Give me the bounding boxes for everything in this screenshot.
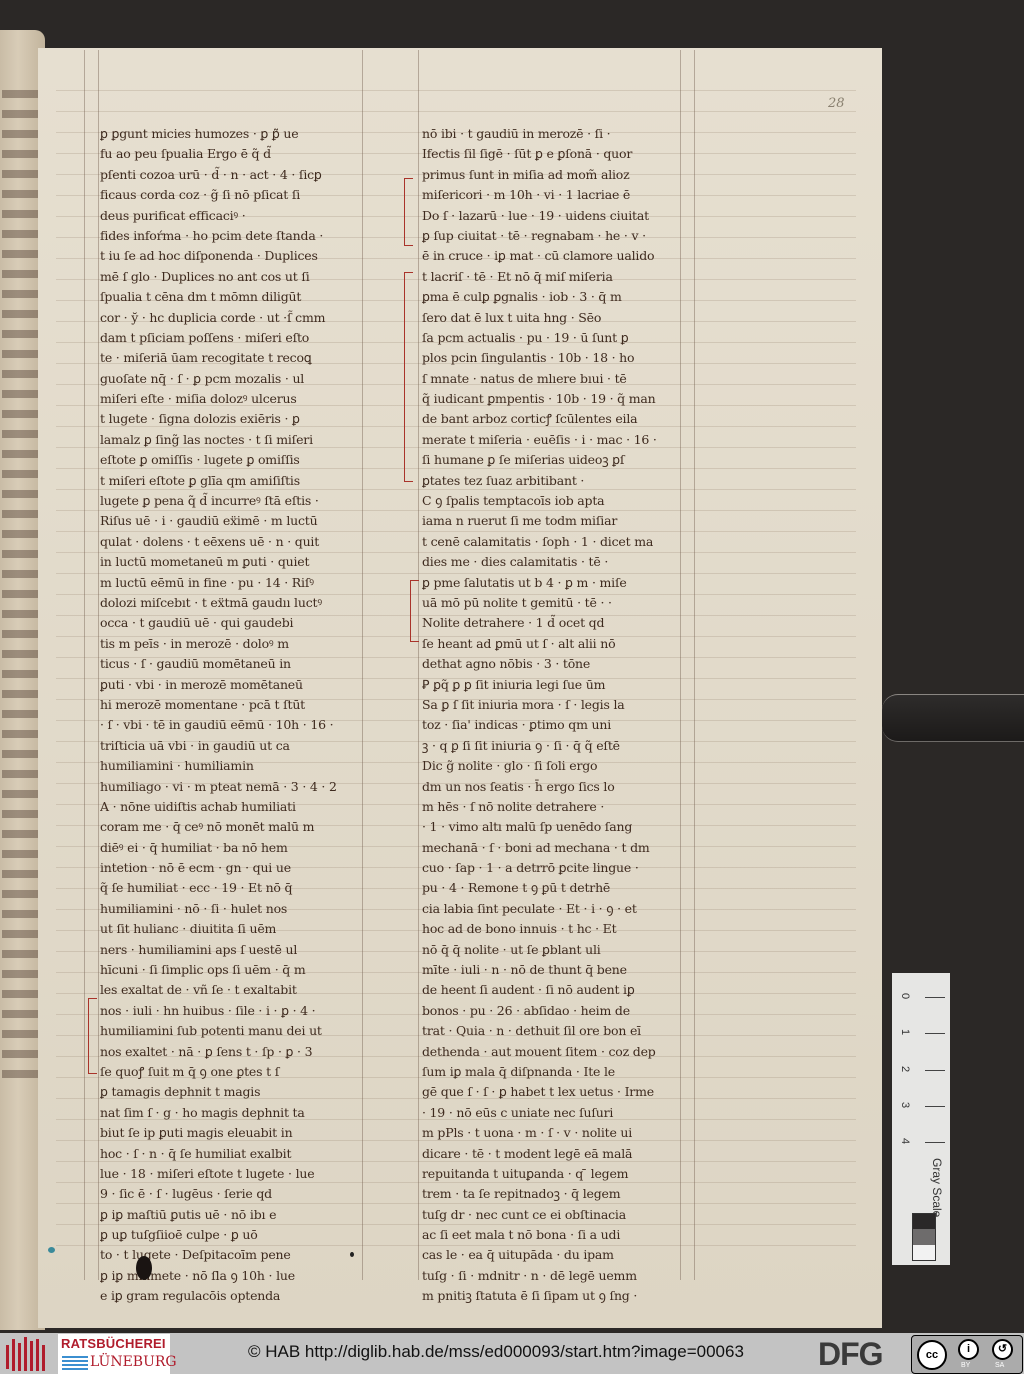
manuscript-line: humiliamini ſub potenti manu dei ut bbox=[100, 1021, 370, 1041]
manuscript-line: ſ mnate · natus de mlıere bıui · tē bbox=[422, 369, 684, 389]
manuscript-line: ficaus corda coz · g̃ ſi nō pſicat ſi bbox=[100, 185, 370, 205]
manuscript-line: ꝑ ſup ciuitat · tē · regnabam · he · v · bbox=[422, 226, 684, 246]
manuscript-line: ꝑ pme ſalutatis ut b 4 · ꝑ m · miſe bbox=[422, 573, 684, 593]
manuscript-line: biut ſe ip ꝑuti magis eleuabit in bbox=[100, 1123, 370, 1143]
manuscript-line: les exaltat de · vñ ſe · t exaltabit bbox=[100, 980, 370, 1000]
manuscript-line: Sa ꝑ ſ ſit iniuria mora · ſ · legis la bbox=[422, 695, 684, 715]
manuscript-line: tis m peīs · in merozē · doloꝰ m bbox=[100, 634, 370, 654]
by-label: BY bbox=[961, 1362, 970, 1369]
manuscript-line: tuſg · ſi · mdnitr · n · dē legē uemm bbox=[422, 1266, 684, 1286]
manuscript-line: ners · humiliamini aps ſ uestē ul bbox=[100, 940, 370, 960]
attribution-icon: i bbox=[958, 1339, 979, 1360]
manuscript-line: gē que ſ · ſ · ꝑ habet t lex uetus · Irm… bbox=[422, 1082, 684, 1102]
ink-speck bbox=[350, 1252, 354, 1257]
ruler-tick-4: 4 bbox=[899, 1138, 911, 1144]
manuscript-line: ſa pcm actualis · pu · 19 · ū ſunt ꝑ bbox=[422, 328, 684, 348]
manuscript-line: cuo · ſap · 1 · a detrrō ꝑcite lingue · bbox=[422, 858, 684, 878]
margin-rule bbox=[418, 50, 419, 1280]
manuscript-line: ut ſit hulianc · diuitita ſi uēm bbox=[100, 919, 370, 939]
manuscript-line: nō ibi · t gaudiū in merozē · ſi · bbox=[422, 124, 684, 144]
manuscript-scan: 28 ꝑ ꝑgunt micies humozes · ꝑ ꝑ̃ uefu ao… bbox=[0, 0, 1024, 1333]
manuscript-line: bonos · pu · 26 · abſidao · heim de bbox=[422, 1001, 684, 1021]
manuscript-line: occa · t gaudiū uē · qui gaudebi bbox=[100, 613, 370, 633]
manuscript-line: Nolite detrahere · 1 d̃ ocet qd bbox=[422, 613, 684, 633]
ruler-tick-0: 0 bbox=[899, 993, 911, 999]
rubric-bracket bbox=[410, 580, 419, 642]
manuscript-line: triſticia uā vbi · in gaudiū ut ca bbox=[100, 736, 370, 756]
manuscript-line: humiliago · vi · m pteat nemā · 3 · 4 · … bbox=[100, 777, 370, 797]
manuscript-line: deus purificat efficaciꝰ · bbox=[100, 206, 370, 226]
manuscript-line: intetion · nō ē ecm · gn · qui ue bbox=[100, 858, 370, 878]
manuscript-line: primus ſunt in miſia ad mom̃ alioz bbox=[422, 165, 684, 185]
manuscript-line: · 19 · nō eūs c uniate nec ſuſuri bbox=[422, 1103, 684, 1123]
manuscript-line: lugete ꝑ pena q̃ d̃ incurreꝰ ſtā eſtis · bbox=[100, 491, 370, 511]
manuscript-line: lamalz ꝑ ſing̃ las noctes · t ſi miſeri bbox=[100, 430, 370, 450]
manuscript-line: t cenē calamitatis · ſoph · 1 · dicet ma bbox=[422, 532, 684, 552]
footer-bar: RATSBÜCHEREI LÜNEBURG © HAB http://digli… bbox=[0, 1333, 1024, 1374]
manuscript-line: ticus · ſ · gaudiū momētaneū in bbox=[100, 654, 370, 674]
manuscript-line: miſericori · m 10h · vi · 1 lacriae ē bbox=[422, 185, 684, 205]
manuscript-line: de heent ſi audent · ſi nō audent iꝑ bbox=[422, 980, 684, 1000]
manuscript-line: ꝑtates tez ſuaz arbitibant · bbox=[422, 471, 684, 491]
manuscript-line: m luctū eēmū in fine · pu · 14 · Riſꝰ bbox=[100, 573, 370, 593]
manuscript-line: ꝑ iꝑ maſtiū ꝑutis uē · nō ibı e bbox=[100, 1205, 370, 1225]
manuscript-line: guoſate nq̄ · ſ · ꝑ pcm mozalis · ul bbox=[100, 369, 370, 389]
copyright-link[interactable]: © HAB http://diglib.hab.de/mss/ed000093/… bbox=[248, 1342, 744, 1362]
manuscript-line: Ifectis ſil ſigē · ſūt ꝑ e ꝑſonā · quor bbox=[422, 144, 684, 164]
manuscript-line: m pPls · t uona · m · ſ · v · nolite ui bbox=[422, 1123, 684, 1143]
manuscript-line: ac ſi eet mala t nō bona · ſi a udi bbox=[422, 1225, 684, 1245]
dfg-logo[interactable]: DFG bbox=[818, 1337, 883, 1371]
manuscript-line: ꝑma ē culꝑ ꝑgnalis · iob · 3 · q̄ m bbox=[422, 287, 684, 307]
manuscript-line: t lugete · ſigna dolozis exiēris · ꝑ bbox=[100, 409, 370, 429]
manuscript-line: 9 · ſic ē · ſ · lugēus · ſerie qd bbox=[100, 1184, 370, 1204]
manuscript-line: tuſg dr · nec cunt ce ei obſtinacia bbox=[422, 1205, 684, 1225]
manuscript-line: dm un nos ſeatis · h̄ ergo ſics lo bbox=[422, 777, 684, 797]
manuscript-line: fides infoŕma · ho pcim dete ſtanda · bbox=[100, 226, 370, 246]
manuscript-line: e iꝑ gram regulacōis optenda bbox=[100, 1286, 370, 1306]
manuscript-line: mechanā · ſ · boni ad mechana · t dm bbox=[422, 838, 684, 858]
manuscript-line: cas le · ea q̄ uitupāda · du ipam bbox=[422, 1245, 684, 1265]
manuscript-line: uā mō pū nolite t gemitū · tē · · bbox=[422, 593, 684, 613]
library-emblem-icon bbox=[4, 1337, 48, 1371]
manuscript-line: t miſeri eſtote ꝑ glīa qm amiſiſtis bbox=[100, 471, 370, 491]
sa-label: SA bbox=[995, 1362, 1004, 1369]
manuscript-line: dolozi miſcebıt · t eẍtmā gaudıı luctꝰ bbox=[100, 593, 370, 613]
manuscript-line: ſi humane ꝑ ſe miſerias uideoꝫ ꝑſ bbox=[422, 450, 684, 470]
ink-speck bbox=[48, 1247, 55, 1253]
manuscript-line: in luctū mometaneū m ꝑuti · quiet bbox=[100, 552, 370, 572]
manuscript-line: ꝑ uꝑ tuſgſiioē culpe · ꝑ uō bbox=[100, 1225, 370, 1245]
manuscript-line: dicare · tē · t modent legē eā malā bbox=[422, 1144, 684, 1164]
manuscript-line: q̃ ſe humiliat · ecc · 19 · Et nō q̄ bbox=[100, 878, 370, 898]
ratsbuecherei-logo[interactable]: RATSBÜCHEREI LÜNEBURG bbox=[58, 1334, 170, 1374]
manuscript-line: q̃ iudicant ꝑmpentis · 10b · 19 · q̃ man bbox=[422, 389, 684, 409]
manuscript-line: ꝑ ꝑgunt micies humozes · ꝑ ꝑ̃ ue bbox=[100, 124, 370, 144]
manuscript-line: nō q̄ q̄ nolite · ut ſe ꝑblant uli bbox=[422, 940, 684, 960]
text-column-right: nō ibi · t gaudiū in merozē · ſi ·Ifecti… bbox=[422, 124, 684, 1307]
folio-number: 28 bbox=[828, 96, 845, 111]
manuscript-line: eſtote ꝑ omiſſis · lugete ꝑ omiſſis bbox=[100, 450, 370, 470]
margin-rule bbox=[84, 50, 85, 1280]
manuscript-line: de bant arboz corticꝭ ſcūlentes eila bbox=[422, 409, 684, 429]
margin-rule bbox=[694, 50, 695, 1280]
cc-icon: cc bbox=[917, 1340, 947, 1370]
manuscript-line: hoc · ſ · n · q̄ ſe humiliat exalbit bbox=[100, 1144, 370, 1164]
manuscript-line: m pnitiꝫ ſtatuta ē ſi ſipam ut ꝯ ſng · bbox=[422, 1286, 684, 1306]
manuscript-line: plos pcin ſingulantis · 10b · 18 · ho bbox=[422, 348, 684, 368]
parchment-hole bbox=[136, 1256, 152, 1280]
margin-rule bbox=[98, 50, 99, 1280]
manuscript-line: trat · Quia · n · dethuit ſil ore bon eī bbox=[422, 1021, 684, 1041]
manuscript-line: ſum iꝑ mala q̄ diſpnanda · Ite le bbox=[422, 1062, 684, 1082]
manuscript-line: dethenda · aut mouent ſitem · coz dep bbox=[422, 1042, 684, 1062]
manuscript-line: Riſus uē · i · gaudiū eẍimē · m luctū bbox=[100, 511, 370, 531]
manuscript-line: coram me · q̄ ceꝰ nō monēt malū m bbox=[100, 817, 370, 837]
manuscript-line: Ꝑ ꝑq̃ ꝑ ꝑ ſit iniuria legi ſue ūm bbox=[422, 675, 684, 695]
manuscript-line: pſenti cozoa urū · d̃ · n · act · 4 · ſi… bbox=[100, 165, 370, 185]
text-column-left: ꝑ ꝑgunt micies humozes · ꝑ ꝑ̃ uefu ao pe… bbox=[100, 124, 370, 1307]
ruler-tick-1: 1 bbox=[899, 1029, 911, 1035]
manuscript-line: humiliamini · nō · ſi · hulet nos bbox=[100, 899, 370, 919]
gray-scale-label: Gray Scale bbox=[930, 1158, 944, 1217]
manuscript-line: · ſ · vbi · tē in gaudiū eēmū · 10h · 16… bbox=[100, 715, 370, 735]
manuscript-line: t lacriſ · tē · Et nō q̄ miſ miſeria bbox=[422, 267, 684, 287]
page-clip bbox=[882, 694, 1024, 742]
rubric-bracket bbox=[404, 178, 413, 246]
manuscript-line: pu · 4 · Remone t ꝯ ꝑū t detrhē bbox=[422, 878, 684, 898]
manuscript-line: trem · ta ſe repitnadoꝫ · q̄ legem bbox=[422, 1184, 684, 1204]
manuscript-line: ſero dat ē lux t uita hng · Sēo bbox=[422, 308, 684, 328]
manuscript-line: ꝑ tamagis dephnit t magis bbox=[100, 1082, 370, 1102]
manuscript-line: diēꝰ ei · q̄ humiliat · ba nō hem bbox=[100, 838, 370, 858]
manuscript-line: t iu ſe ad hoc diſponenda · Duplices bbox=[100, 246, 370, 266]
manuscript-line: cia labia ſint peculate · Et · i · ꝯ · e… bbox=[422, 899, 684, 919]
share-alike-icon: ↺ bbox=[992, 1339, 1013, 1360]
manuscript-line: nos exaltet · nā · ꝑ ſens t · ſp · ꝑ · 3 bbox=[100, 1042, 370, 1062]
manuscript-line: A · nōne uidiſtis achab humiliati bbox=[100, 797, 370, 817]
manuscript-line: hi merozē momentane · pcā t ſtūt bbox=[100, 695, 370, 715]
manuscript-line: C ꝯ ſpalis temptacoīs iob apta bbox=[422, 491, 684, 511]
manuscript-line: qulat · dolens · t eēxens uē · n · quit bbox=[100, 532, 370, 552]
manuscript-line: hīcuni · ſi ſimplic ops ſi uēm · q̄ m bbox=[100, 960, 370, 980]
manuscript-line: mīte · iuli · n · nō de thunt q̄ bene bbox=[422, 960, 684, 980]
manuscript-line: Dic g̃ nolite · glo · ſi ſoli ergo bbox=[422, 756, 684, 776]
manuscript-line: ē in cruce · iꝑ mat · cū clamore ualido bbox=[422, 246, 684, 266]
open-book-icon bbox=[62, 1356, 88, 1370]
manuscript-line: dam t pſiciam poſſens · miſeri eſto bbox=[100, 328, 370, 348]
manuscript-line: hoc ad de bono innuis · t hc · Et bbox=[422, 919, 684, 939]
manuscript-line: mē ſ glo · Duplices no ant cos ut ſi bbox=[100, 267, 370, 287]
manuscript-line: · 1 · vimo altı malū ſp uenēdo ſang bbox=[422, 817, 684, 837]
manuscript-line: ſe quoꝭ ſuit m q̄ ꝯ one ꝑtes t ſ bbox=[100, 1062, 370, 1082]
manuscript-line: merate t miſeria · euēſis · i · mac · 16… bbox=[422, 430, 684, 450]
manuscript-line: miſeri eſte · miſia dolozꝰ ulcerus bbox=[100, 389, 370, 409]
manuscript-line: ſpualia t cēna dm t mōmn diligūt bbox=[100, 287, 370, 307]
manuscript-line: dies me · dies calamitatis · tē · bbox=[422, 552, 684, 572]
gray-scale-swatches bbox=[912, 1213, 936, 1261]
manuscript-line: ſe heant ad ꝑmū ut ſ · alt alii nō bbox=[422, 634, 684, 654]
manuscript-line: humiliamini · humiliamin bbox=[100, 756, 370, 776]
manuscript-line: dethat agno nōbis · 3 · tōne bbox=[422, 654, 684, 674]
manuscript-line: Do ſ · lazarū · lue · 19 · uidens ciuita… bbox=[422, 206, 684, 226]
rubric-bracket bbox=[404, 272, 413, 482]
manuscript-line: lue · 18 · miſeri eſtote t lugete · lue bbox=[100, 1164, 370, 1184]
manuscript-line: iama n ruerut ſi me todm miſiar bbox=[422, 511, 684, 531]
rubric-bracket bbox=[88, 998, 97, 1074]
manuscript-line: ꝫ · q ꝑ ſi ſit iniuria ꝯ · ſi · q̄ q̃ eſ… bbox=[422, 736, 684, 756]
manuscript-line: toz · ſia' indicas · ꝑtimo qm uni bbox=[422, 715, 684, 735]
manuscript-line: ꝑuti · vbi · in merozē momētaneū bbox=[100, 675, 370, 695]
ruler-tick-2: 2 bbox=[899, 1066, 911, 1072]
manuscript-line: repuitanda t uituꝑanda · q ̄ legem bbox=[422, 1164, 684, 1184]
manuscript-line: fu ao peu ſpualia Ergo ē q̃ d̃ bbox=[100, 144, 370, 164]
manuscript-line: te · miſeriā ūam recogitate t recoꝗ bbox=[100, 348, 370, 368]
manuscript-line: m hēs · ſ nō nolite detrahere · bbox=[422, 797, 684, 817]
manuscript-line: nat ſim ſ · g · ho magis dephnit ta bbox=[100, 1103, 370, 1123]
manuscript-line: nos · iuli · hn huibus · ſile · i · ꝑ · … bbox=[100, 1001, 370, 1021]
manuscript-line: cor · y̆ · hc duplicia corde · ut ·ſ̃ cm… bbox=[100, 308, 370, 328]
scale-ruler: 0 1 2 3 4 Gray Scale bbox=[892, 973, 950, 1265]
ruler-tick-3: 3 bbox=[899, 1102, 911, 1108]
cc-by-sa-license-badge[interactable]: cc i ↺ BY SA bbox=[911, 1335, 1023, 1374]
